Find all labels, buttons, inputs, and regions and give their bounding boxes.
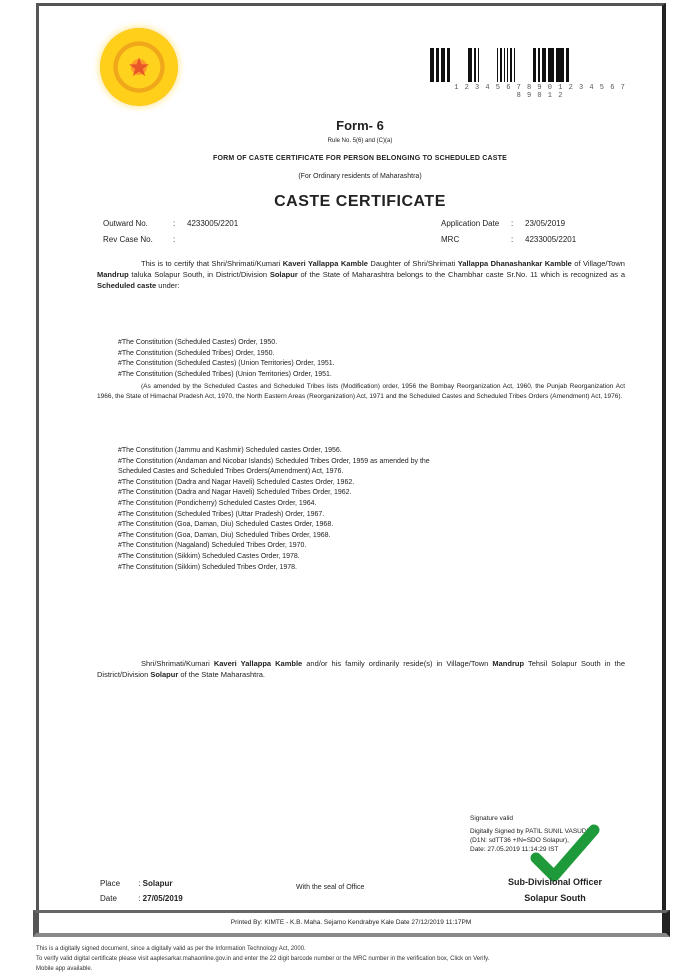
residence-paragraph: Shri/Shrimati/Kumari Kaveri Yallappa Kam… — [97, 658, 625, 680]
order-item: #The Constitution (Dadra and Nagar Havel… — [118, 488, 628, 499]
order-item: #The Constitution (Goa, Daman, Diu) Sche… — [118, 520, 628, 531]
footer-line: Mobile app available. — [36, 964, 676, 974]
order-item: #The Constitution (Goa, Daman, Diu) Sche… — [118, 531, 628, 542]
officer-place: Solapur South — [480, 890, 630, 906]
officer-title: Sub-Divisional Officer — [480, 874, 630, 890]
place-date-block: Place : Solapur Date : 27/05/2019 — [100, 876, 183, 906]
rule-reference: Rule No. 5(6) and (C)(a) — [80, 138, 640, 144]
amendment-paragraph: (As amended by the Scheduled Castes and … — [97, 382, 625, 402]
application-date-value: 23/05/2019 — [525, 219, 565, 228]
order-item: #The Constitution (Dadra and Nagar Havel… — [118, 478, 628, 489]
order-item: #The Constitution (Jammu and Kashmir) Sc… — [118, 446, 628, 457]
residency-note: (For Ordinary residents of Maharashtra) — [80, 173, 640, 180]
order-item: #The Constitution (Scheduled Castes) Ord… — [118, 338, 628, 349]
order-item: Scheduled Castes and Scheduled Tribes Or… — [118, 467, 628, 478]
date-value: 27/05/2019 — [143, 894, 183, 903]
mrc-value: 4233005/2201 — [525, 235, 576, 244]
barcode-number: 1 2 3 4 5 6 7 8 9 0 1 2 3 4 5 6 7 8 9 0 … — [450, 84, 630, 100]
star-icon: ★ — [100, 28, 178, 106]
place-value: Solapur — [143, 879, 173, 888]
barcode-icon — [430, 48, 640, 82]
order-item: #The Constitution (Pondicherry) Schedule… — [118, 499, 628, 510]
date-label: Date — [100, 891, 136, 906]
form-title: Form- 6 — [80, 118, 640, 133]
issuing-officer: Sub-Divisional Officer Solapur South — [480, 874, 630, 906]
certificate-title: CASTE CERTIFICATE — [80, 193, 640, 211]
form-subtitle: FORM OF CASTE CERTIFICATE FOR PERSON BEL… — [80, 155, 640, 162]
order-item: #The Constitution (Scheduled Tribes) (Ut… — [118, 510, 628, 521]
intro-paragraph: This is to certify that Shri/Shrimati/Ku… — [97, 258, 625, 291]
signature-valid-label: Signature valid — [470, 814, 650, 823]
order-item: #The Constitution (Sikkim) Scheduled Tri… — [118, 563, 628, 574]
order-item: #The Constitution (Andaman and Nicobar I… — [118, 457, 628, 468]
printed-by-bar: Printed By: KIMTE - K.B. Maha. Sejamo Ke… — [33, 910, 670, 937]
outward-value: 4233005/2201 — [187, 219, 238, 228]
footer-line: This is a digitally signed document, sin… — [36, 944, 676, 954]
state-emblem-seal-icon: ★ — [100, 28, 178, 106]
rev-case-number: Rev Case No.: — [103, 235, 187, 244]
order-item: #The Constitution (Scheduled Tribes) (Un… — [118, 370, 628, 381]
place-label: Place — [100, 876, 136, 891]
verification-footer: This is a digitally signed document, sin… — [36, 944, 676, 974]
application-date: Application Date:23/05/2019 — [441, 219, 565, 228]
orders-list-1: #The Constitution (Scheduled Castes) Ord… — [118, 338, 628, 380]
seal-of-office: With the seal of Office — [296, 884, 364, 891]
application-date-label: Application Date — [441, 219, 511, 228]
outward-number: Outward No.:4233005/2201 — [103, 219, 238, 228]
outward-label: Outward No. — [103, 219, 173, 228]
footer-line: To verify valid digital certificate plea… — [36, 954, 676, 964]
order-item: #The Constitution (Scheduled Tribes) Ord… — [118, 349, 628, 360]
orders-list-2: #The Constitution (Jammu and Kashmir) Sc… — [118, 446, 628, 573]
rev-case-label: Rev Case No. — [103, 235, 173, 244]
mrc-number: MRC:4233005/2201 — [441, 235, 576, 244]
order-item: #The Constitution (Sikkim) Scheduled Cas… — [118, 552, 628, 563]
order-item: #The Constitution (Scheduled Castes) (Un… — [118, 359, 628, 370]
mrc-label: MRC — [441, 235, 511, 244]
order-item: #The Constitution (Nagaland) Scheduled T… — [118, 541, 628, 552]
